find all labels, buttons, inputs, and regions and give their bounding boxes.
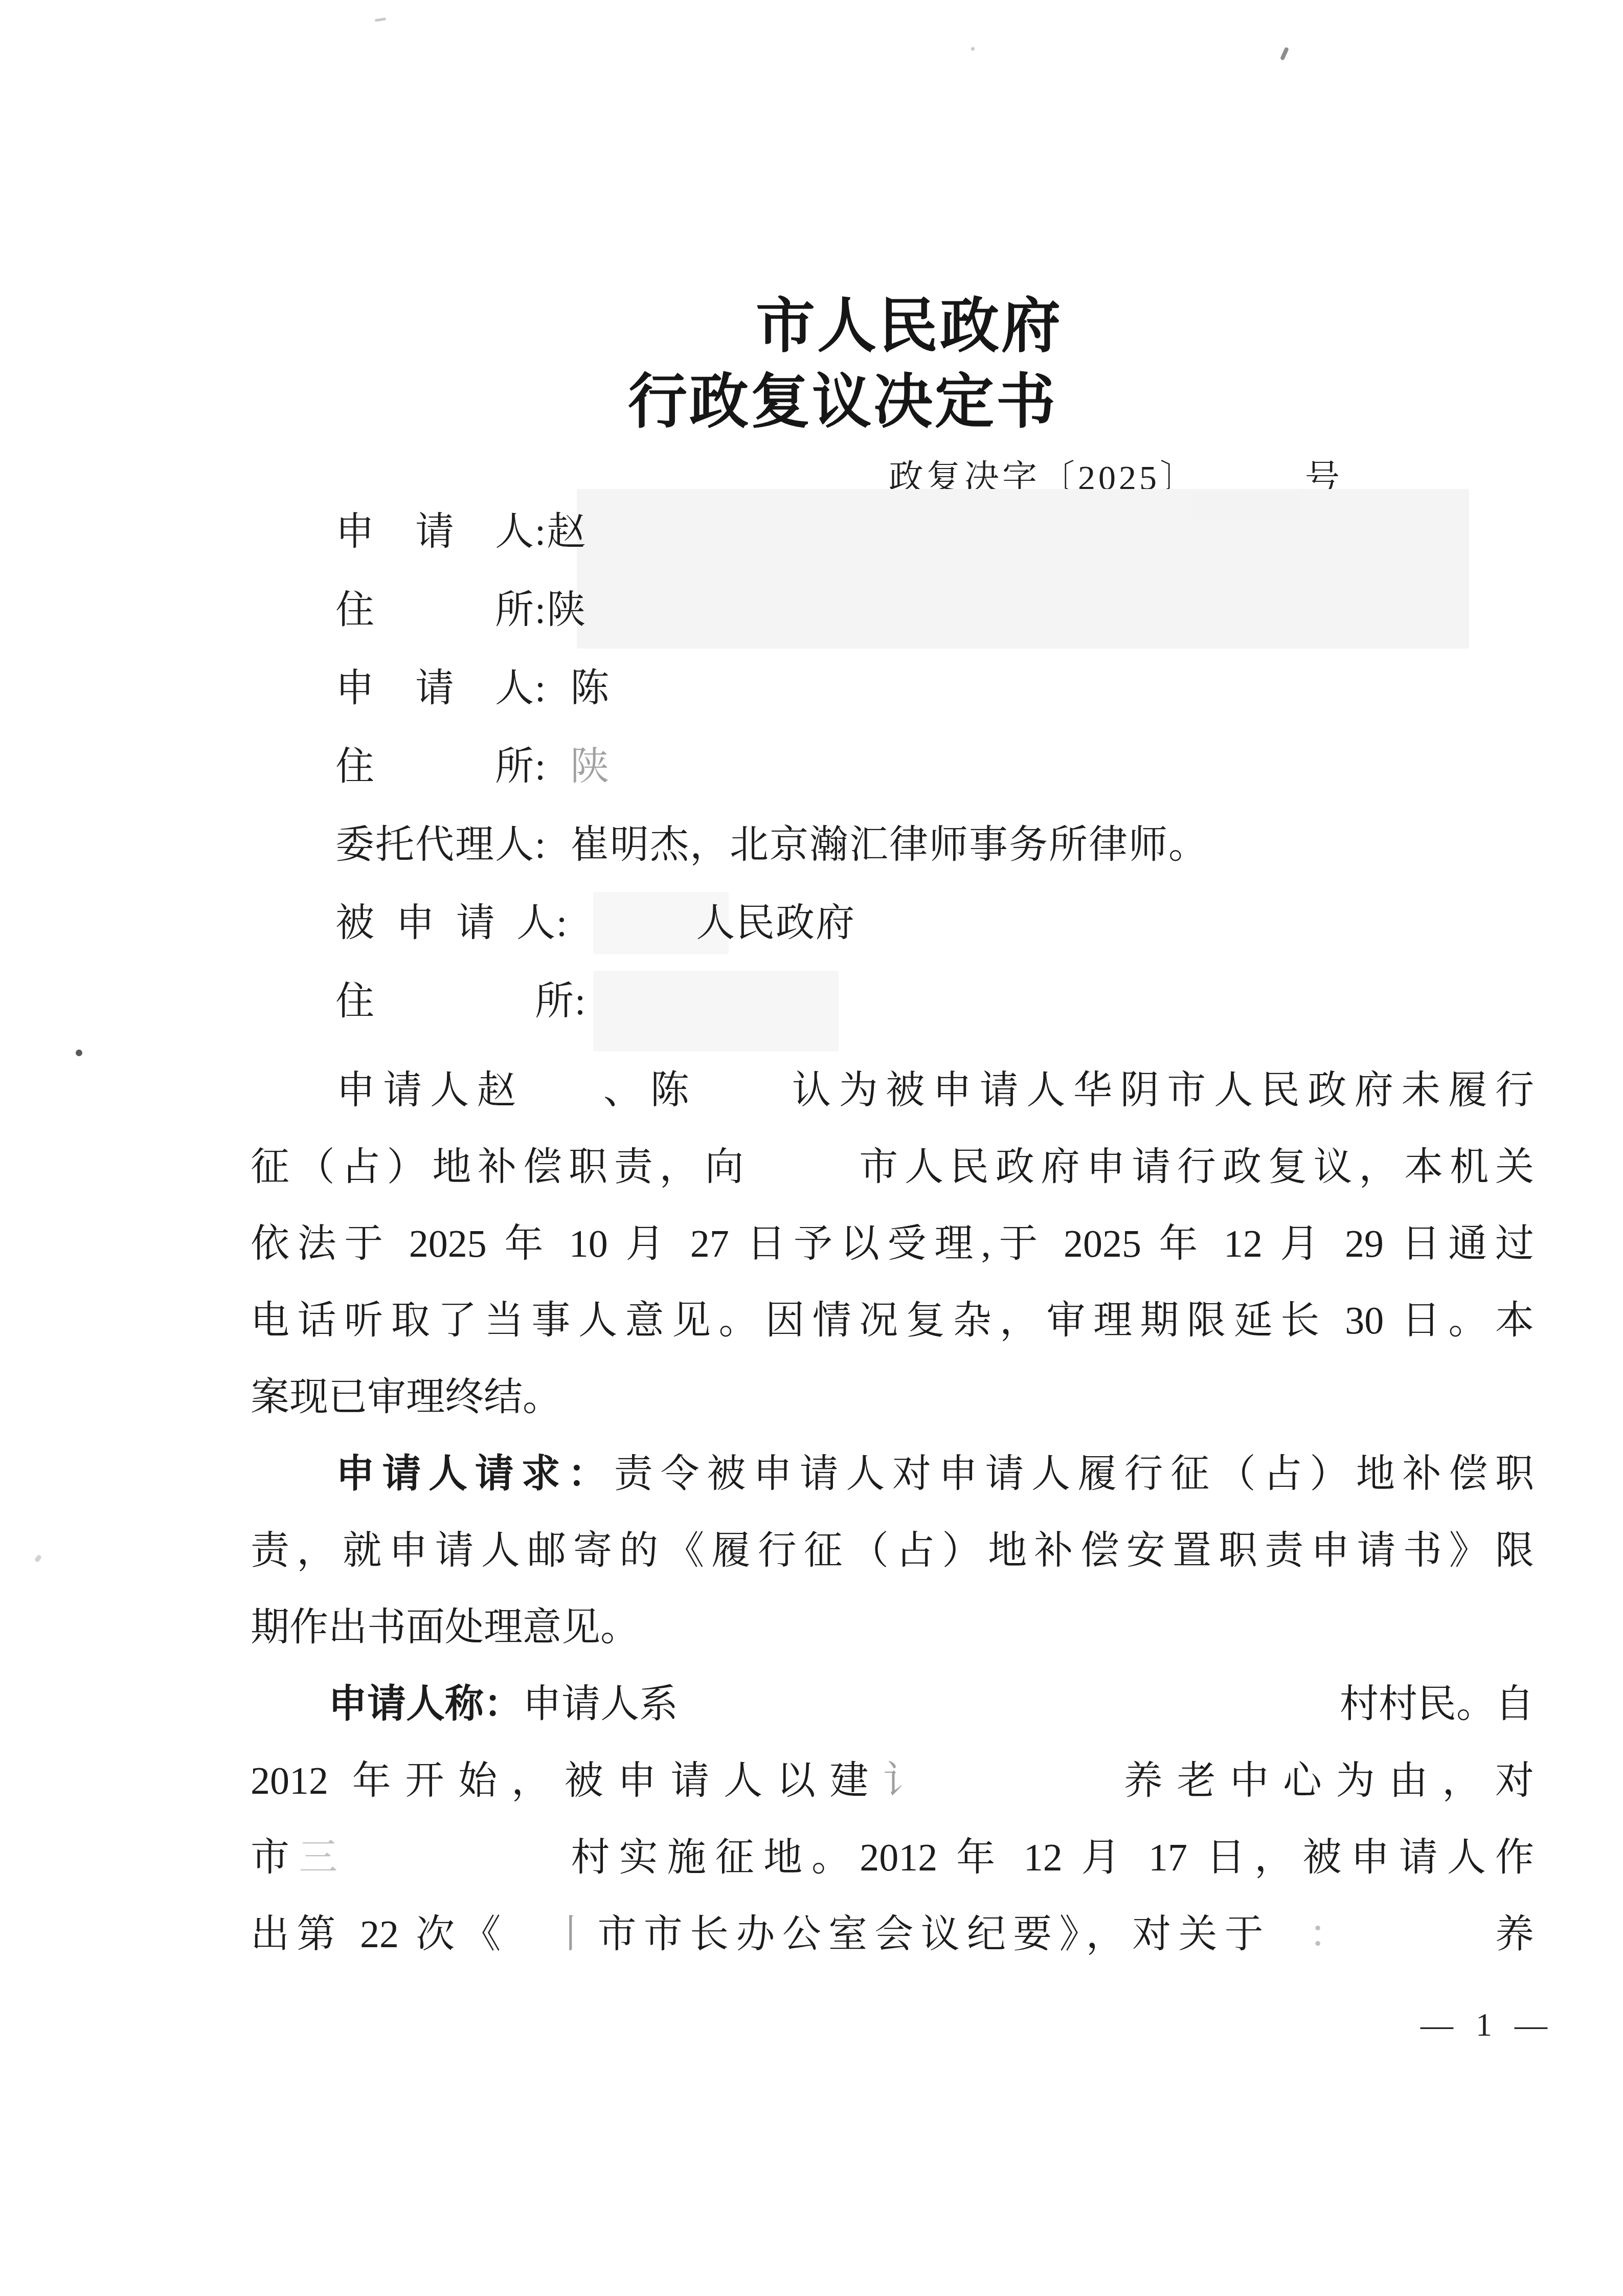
small-gap	[547, 857, 570, 858]
redacted-gap	[697, 1102, 784, 1103]
text-segment: 市人民政府申请行政复议，本机关	[852, 1146, 1534, 1189]
applicant-1-name: 赵	[547, 510, 587, 553]
scan-speck	[76, 1050, 82, 1056]
redacted-gap	[1271, 1946, 1301, 1947]
applicant-1-label: 申 请 人:	[335, 510, 547, 553]
address-2-label: 住 所:	[335, 745, 547, 788]
respondent-line: 被 申 请 人:人民政府	[335, 895, 855, 952]
redacted-gap	[1355, 1946, 1488, 1947]
agent-line: 委托代理人:崔明杰，北京瀚汇律师事务所律师。	[335, 816, 1208, 874]
applicant-2-name: 陈	[570, 667, 610, 710]
scanned-document-page: 市人民政府 行政复议决定书 政复决字〔2025〕号 申 请 人:赵 住 所:陕 …	[0, 0, 1623, 2296]
redacted-gap	[508, 1946, 544, 1947]
text-segment: 养	[1488, 1913, 1534, 1956]
text-segment: 申请人赵	[328, 1069, 524, 1112]
redacted-gap	[750, 1179, 852, 1180]
agent-value: 崔明杰，北京瀚汇律师事务所律师。	[570, 823, 1208, 866]
redacted-gap	[524, 1102, 595, 1103]
body-line-11: 市三村实施征地。2012 年 12 月 17 日，被申请人作	[251, 1829, 1534, 1886]
applicant-2-address-line: 住 所:陕	[335, 738, 610, 795]
body-line-6: 申请人请求：责令被申请人对申请人履行征（占）地补偿职	[251, 1445, 1534, 1503]
claim-heading: 申请人请求：	[328, 1452, 614, 1496]
erased-char-remnant: 丨	[544, 1913, 598, 1956]
applicant-1-line: 申 请 人:赵	[335, 503, 587, 561]
body-line-1: 申请人赵、陈认为被申请人华阴市人民政府未履行	[251, 1062, 1534, 1119]
erased-char-remnant: 讠	[883, 1759, 936, 1802]
text-segment: 责，就申请人邮寄的《履行征（占）地补偿安置职责申请书》限	[251, 1529, 1534, 1572]
body-line-4: 电话听取了当事人意见。因情况复杂，审理期限延长 30 日。本	[251, 1292, 1534, 1349]
paragraph-indent	[251, 1102, 328, 1103]
redaction-box-respondent-address	[593, 971, 839, 1052]
body-line-10: 2012 年开始，被申请人以建讠养老中心为由，对	[251, 1752, 1534, 1810]
address-1-label: 住 所:	[335, 589, 547, 632]
applicant-2-line: 申 请 人:陈	[335, 660, 610, 717]
body-line-2: 征（占）地补偿职责，向市人民政府申请行政复议，本机关	[251, 1139, 1534, 1196]
body-line-9: 申请人称：申请人系村村民。自	[251, 1676, 1534, 1733]
text-segment: 期作出书面处理意见。	[251, 1606, 639, 1649]
text-segment: 征（占）地补偿职责，向	[251, 1146, 750, 1189]
small-gap	[547, 778, 570, 779]
text-segment: 2012 年开始，被申请人以建	[251, 1759, 883, 1802]
text-segment: 村实施征地。2012 年 12 月 17 日，被申请人作	[561, 1836, 1534, 1879]
text-segment: 案现已审理终结。	[251, 1376, 561, 1419]
text-segment: 市市长办公室会议纪要》，对关于	[597, 1913, 1271, 1956]
paragraph-indent	[251, 1486, 328, 1487]
address-1-value: 陕	[547, 589, 587, 632]
redacted-gap	[568, 935, 696, 936]
redacted-gap	[347, 1869, 561, 1870]
applicant-2-label: 申 请 人:	[335, 667, 547, 710]
body-line-5: 案现已审理终结。	[251, 1369, 1534, 1426]
scan-speck	[1280, 47, 1289, 60]
text-segment: 村村民。自	[1340, 1683, 1534, 1726]
address-2-value-faded: 陕	[570, 745, 610, 788]
erased-char-remnant: 三	[299, 1836, 347, 1879]
applicant-1-address-line: 住 所:陕	[335, 582, 587, 639]
redaction-box-applicant1	[577, 489, 1469, 649]
body-line-7: 责，就申请人邮寄的《履行征（占）地补偿安置职责申请书》限	[251, 1522, 1534, 1579]
scan-speck	[34, 1554, 42, 1563]
text-segment: 依法于 2025 年 10 月 27 日予以受理,于 2025 年 12 月 2…	[251, 1222, 1534, 1265]
erased-char-remnant: ：	[1301, 1913, 1355, 1956]
redacted-gap	[936, 1793, 1110, 1794]
body-line-12: 出第 22 次《丨市市长办公室会议纪要》，对关于：养	[251, 1906, 1534, 1963]
scan-speck	[375, 17, 386, 21]
scan-speck	[971, 47, 975, 51]
redacted-gap	[678, 1716, 1340, 1717]
text-segment: 市	[251, 1836, 299, 1879]
text-segment: 出第 22 次《	[251, 1913, 508, 1956]
paragraph-indent	[251, 1716, 328, 1717]
respondent-value: 人民政府	[696, 902, 855, 945]
body-line-8: 期作出书面处理意见。	[251, 1599, 1534, 1656]
respondent-label: 被 申 请 人:	[335, 902, 568, 945]
text-segment: 电话听取了当事人意见。因情况复杂，审理期限延长 30 日。本	[251, 1299, 1534, 1342]
text-segment: 认为被申请人华阴市人民政府未履行	[784, 1069, 1534, 1112]
document-title-authority: 市人民政府	[756, 278, 1063, 364]
respondent-address-label: 住 所:	[335, 980, 587, 1023]
agent-label: 委托代理人:	[335, 823, 547, 866]
body-line-3: 依法于 2025 年 10 月 27 日予以受理,于 2025 年 12 月 2…	[251, 1215, 1534, 1273]
text-segment: 责令被申请人对申请人履行征（占）地补偿职	[614, 1453, 1534, 1496]
document-title-type: 行政复议决定书	[628, 354, 1057, 439]
statement-heading: 申请人称：	[328, 1682, 523, 1726]
text-segment: 申请人系	[523, 1683, 678, 1726]
text-segment: 、陈	[595, 1069, 697, 1112]
redaction-box-docnum	[1191, 494, 1299, 520]
small-gap	[547, 700, 570, 701]
text-segment: 养老中心为由，对	[1110, 1759, 1534, 1802]
respondent-address-line: 住 所:	[335, 973, 587, 1030]
page-number: — 1 —	[1421, 2006, 1554, 2044]
